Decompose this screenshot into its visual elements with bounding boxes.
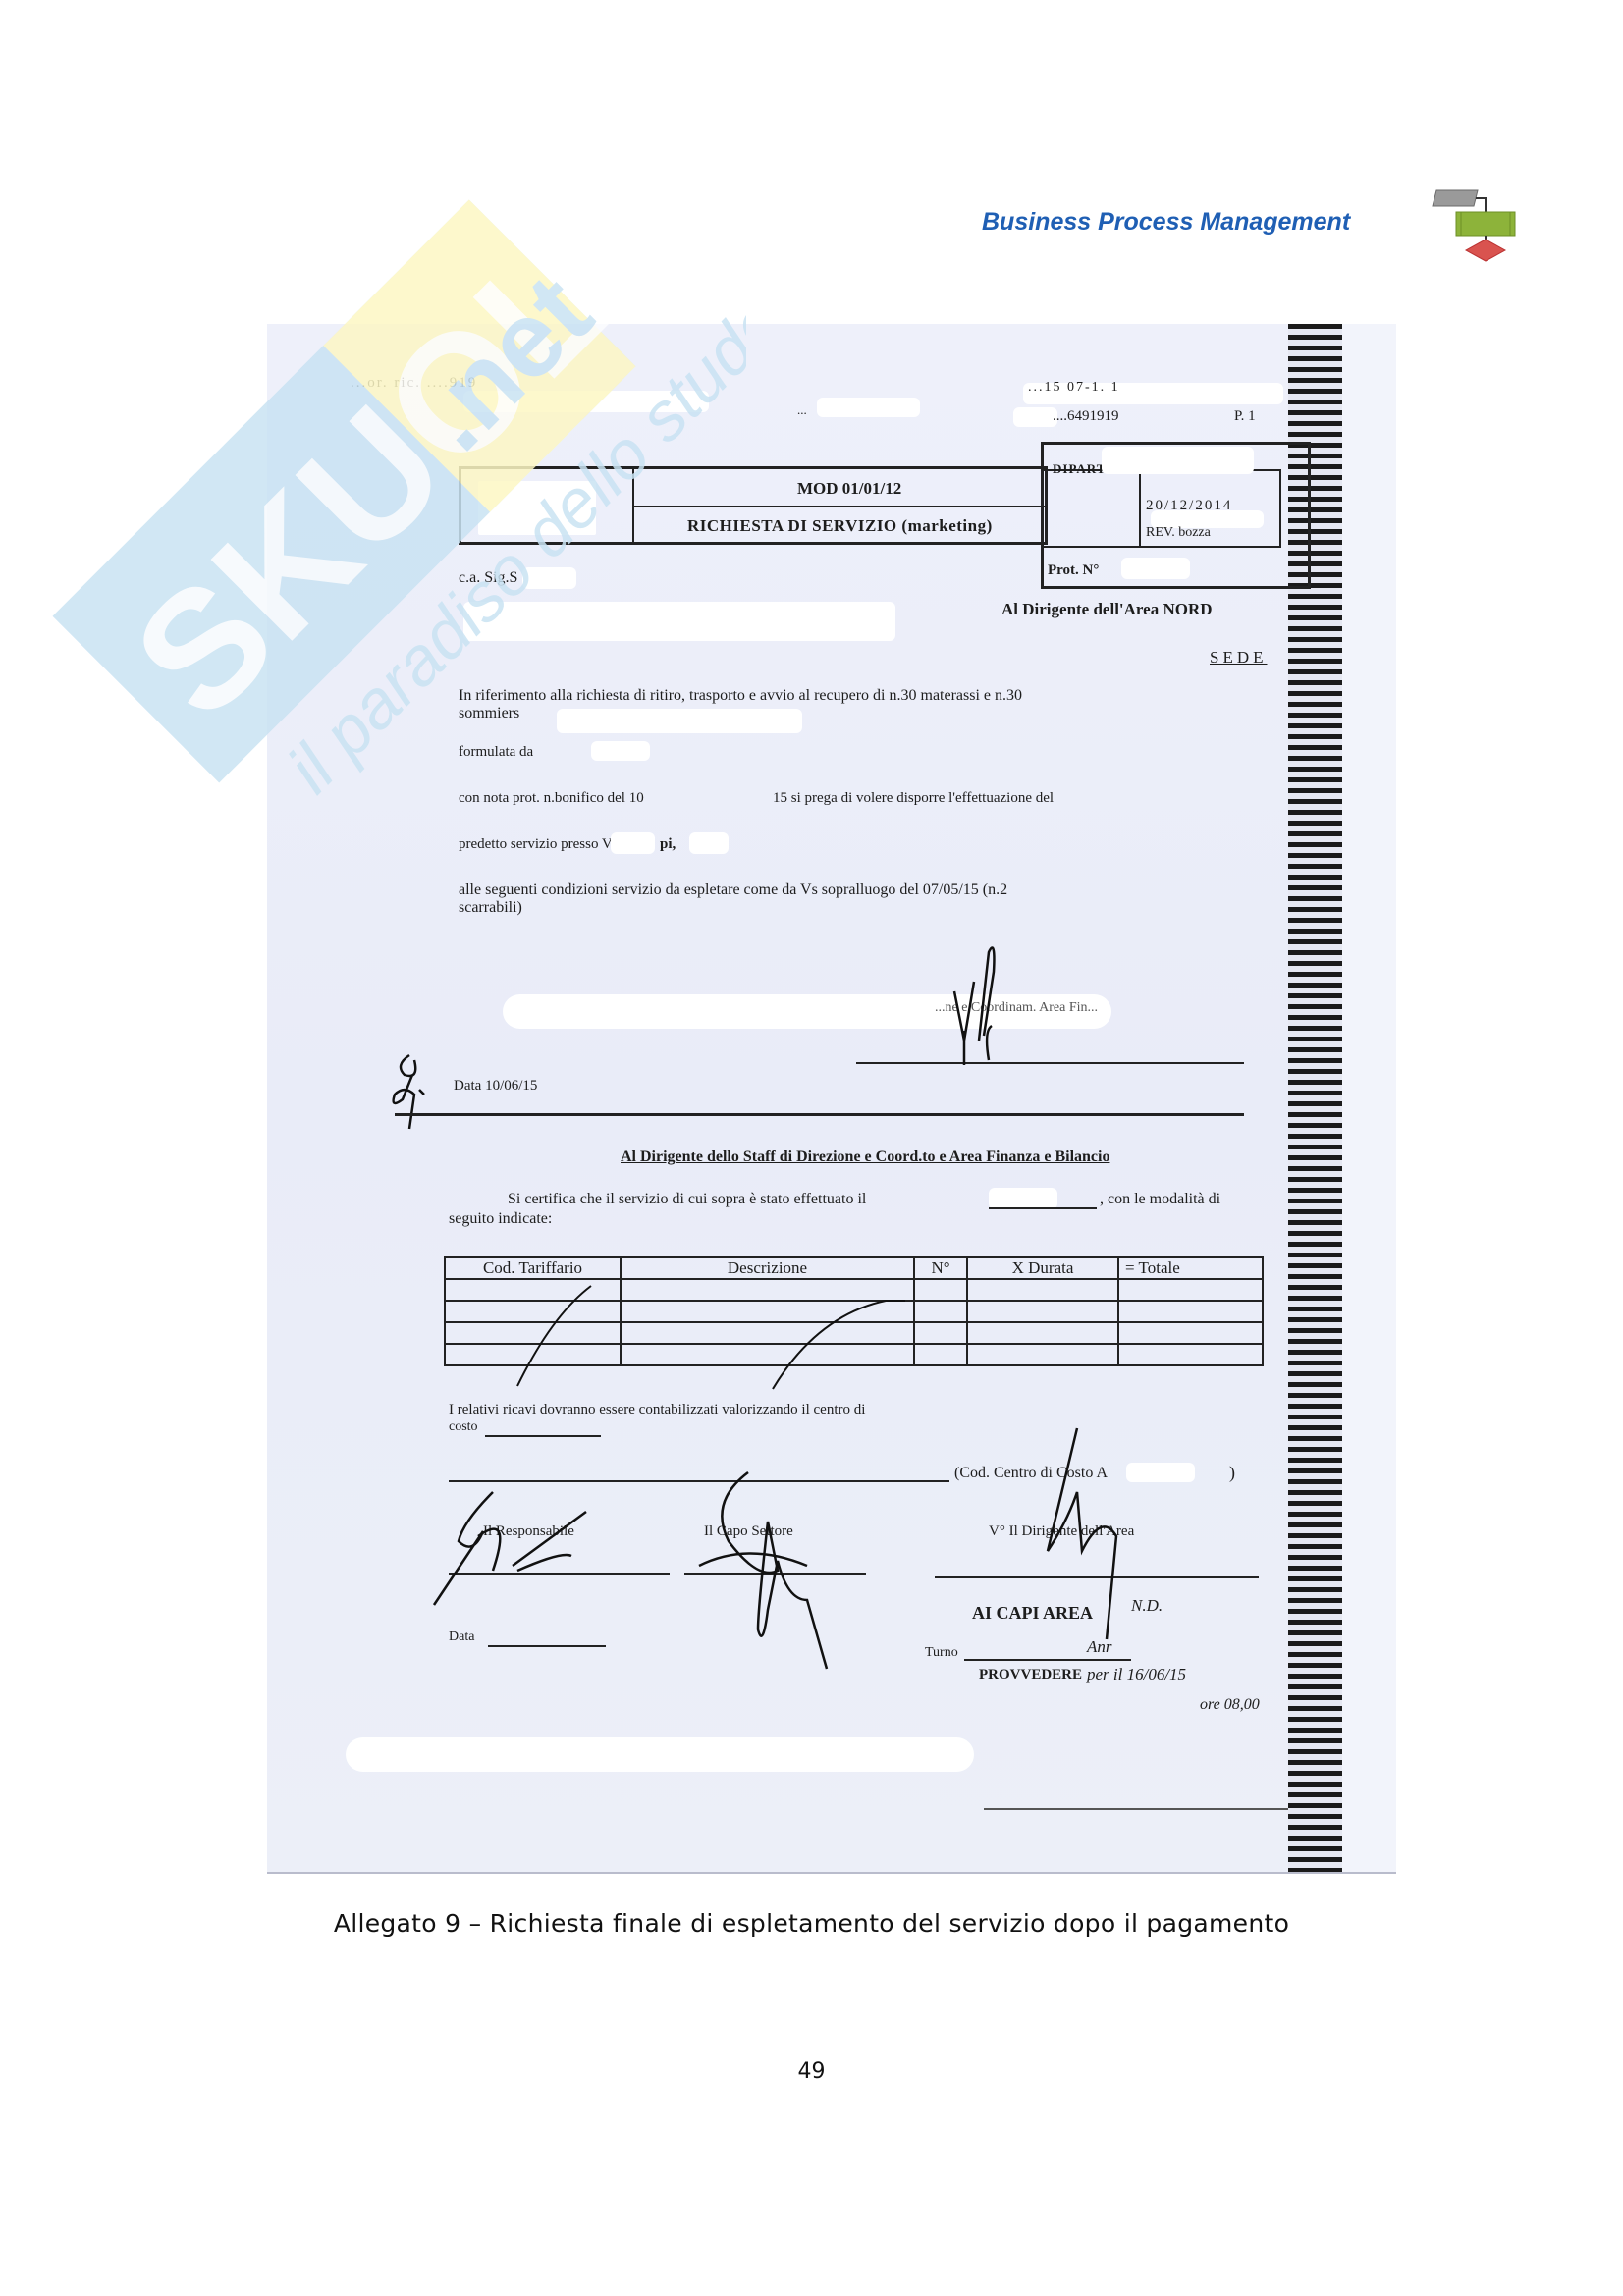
- divider: [632, 506, 1048, 507]
- dispatch-to: AI CAPI AREA: [972, 1603, 1093, 1624]
- signature-sector-head: [689, 1463, 827, 1669]
- module-code: MOD 01/01/12: [797, 479, 901, 499]
- body-p5-line2: scarrabili): [459, 899, 522, 917]
- redaction: [1121, 558, 1190, 579]
- certification-recipient: Al Dirigente dello Staff di Direzione e …: [621, 1148, 1109, 1166]
- page-number: 49: [0, 2059, 1623, 2084]
- running-header-title: Business Process Management: [982, 208, 1350, 237]
- divider: [1139, 469, 1141, 548]
- fax-header-number: ....6491919: [1053, 408, 1119, 425]
- cost-center-close: ): [1229, 1463, 1235, 1483]
- section-divider: [395, 1113, 1244, 1116]
- recipient: Al Dirigente dell'Area NORD: [1001, 600, 1213, 619]
- dispatch-to-handwritten: N.D.: [1131, 1596, 1163, 1616]
- redaction: [817, 398, 920, 417]
- date-line: [488, 1645, 606, 1647]
- footer-line: [984, 1808, 1288, 1810]
- certification-text-part1: Si certifica che il servizio di cui sopr…: [508, 1191, 866, 1208]
- fax-header-middle: ...: [797, 402, 807, 418]
- fax-page-number: P. 1: [1234, 408, 1256, 425]
- body-p1-line2: sommiers: [459, 705, 519, 722]
- revenue-note-line2: costo: [449, 1419, 478, 1435]
- attention-line: c.a. Sig.S: [459, 569, 517, 587]
- bpm-flowchart-icon: [1429, 188, 1522, 262]
- dispatch-time-handwritten: ore 08,00: [1200, 1696, 1260, 1714]
- shift-line: [964, 1659, 1131, 1661]
- revision: REV. bozza: [1146, 525, 1211, 541]
- body-p5-line1: alle seguenti condizioni servizio da esp…: [459, 881, 1007, 899]
- signature-responsible: [424, 1482, 650, 1610]
- redaction: [463, 391, 709, 412]
- date-line: Data 10/06/15: [454, 1078, 537, 1095]
- dispatch-action: PROVVEDERE: [979, 1667, 1082, 1683]
- body-p4-part2: pi,: [660, 836, 676, 853]
- cost-center-line: [485, 1435, 601, 1437]
- redaction: [1102, 447, 1254, 474]
- body-p4-part1: predetto servizio presso Via: [459, 836, 622, 853]
- body-p1-line1: In riferimento alla richiesta di ritiro,…: [459, 687, 1022, 705]
- label-date: Data: [449, 1629, 474, 1645]
- recipient-location: SEDE: [1210, 648, 1268, 667]
- strike-through-marks: [444, 1276, 1264, 1394]
- redaction: [591, 741, 650, 761]
- redaction: [1013, 407, 1057, 427]
- body-p3-part1: con nota prot. n.bonifico del 10: [459, 790, 644, 807]
- protocol-label: Prot. N°: [1048, 562, 1099, 579]
- redaction: [611, 832, 655, 854]
- certification-text-part2: , con le modalità di: [1100, 1191, 1220, 1208]
- date-fill-line: [989, 1207, 1097, 1209]
- body-p2: formulata da: [459, 744, 533, 761]
- dispatch-action-handwritten: per il 16/06/15: [1087, 1665, 1186, 1684]
- redaction: [989, 1188, 1057, 1209]
- certification-text-line2: seguito indicate:: [449, 1210, 552, 1228]
- shift-label: Turno: [925, 1645, 958, 1661]
- shift-handwritten: Anr: [1087, 1637, 1112, 1657]
- redaction: [557, 709, 802, 733]
- scan-edge: [1342, 324, 1396, 1872]
- signature-1: [935, 933, 1053, 1080]
- initial-signature: [385, 1050, 454, 1134]
- fax-header-right-1: ...15 07-1. 1: [1028, 380, 1120, 396]
- body-p3-part2: 15 si prega di volere disporre l'effettu…: [773, 790, 1054, 807]
- form-title: RICHIESTA DI SERVIZIO (marketing): [687, 516, 993, 536]
- redaction: [522, 567, 576, 589]
- redaction: [346, 1737, 974, 1772]
- redaction: [689, 832, 729, 854]
- redaction: [463, 602, 895, 641]
- logo-redaction: [478, 481, 596, 535]
- figure-caption: Allegato 9 – Richiesta finale di espleta…: [0, 1909, 1623, 1938]
- scanned-form: ...or. ric. ....919 ... ...15 07-1. 1 ..…: [267, 324, 1396, 1874]
- revenue-note-line1: I relativi ricavi dovranno essere contab…: [449, 1402, 865, 1418]
- fax-header-left: ...or. ric. ....919: [351, 375, 477, 392]
